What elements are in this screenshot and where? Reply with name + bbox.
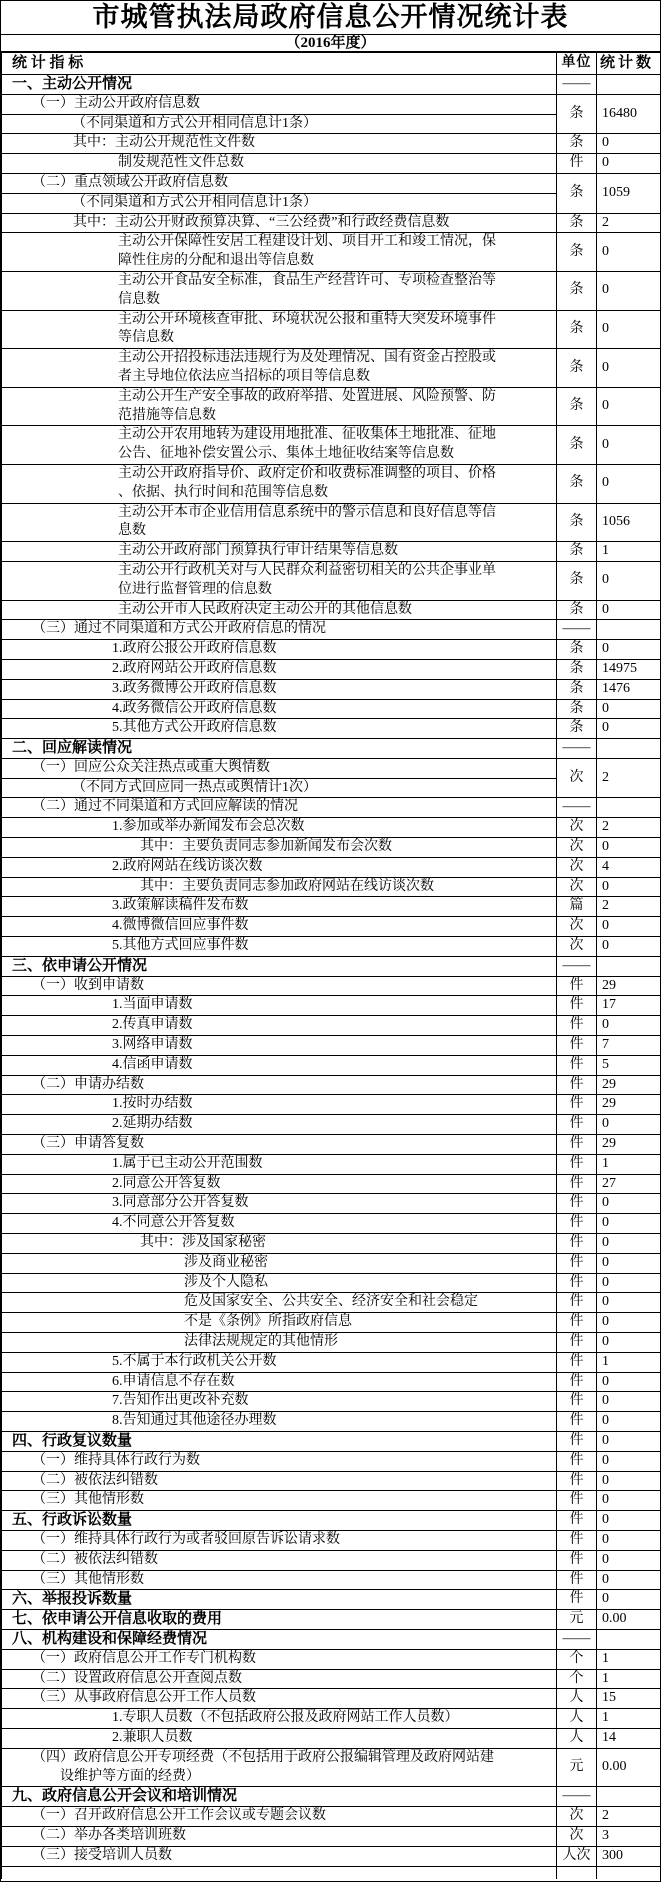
unit-cell: 条: [557, 426, 597, 465]
unit-cell: 件: [557, 1471, 597, 1491]
indicator-cell: 七、依申请公开信息收取的费用: [2, 1610, 557, 1630]
value-cell: 0: [597, 1451, 661, 1471]
indicator-cell: 主动公开本市企业信用信息系统中的警示信息和良好信息等信 息数: [2, 503, 557, 542]
unit-cell: 次: [557, 937, 597, 957]
indicator-note-cell: （不同方式回应同一热点或舆情计1次）: [2, 778, 557, 798]
indicator-cell: （一）收到申请数: [2, 976, 557, 996]
unit-cell: 人: [557, 1689, 597, 1709]
indicator-cell: （三）其他情形数: [2, 1491, 557, 1511]
indicator-cell: 一、主动公开情况: [2, 75, 557, 95]
table-row: 其中：涉及国家秘密件0: [2, 1234, 661, 1254]
table-row: 二、回应解读情况——: [2, 739, 661, 759]
indicator-cell: 不是《条例》所指政府信息: [2, 1313, 557, 1333]
table-row: 八、机构建设和保障经费情况——: [2, 1629, 661, 1649]
unit-cell: 条: [557, 561, 597, 600]
unit-cell: 次: [557, 838, 597, 858]
value-cell: 2: [597, 1807, 661, 1827]
unit-cell: ——: [557, 1629, 597, 1649]
value-cell: 0: [597, 464, 661, 503]
value-cell: 0.00: [597, 1748, 661, 1787]
value-cell: 4: [597, 857, 661, 877]
unit-cell: 条: [557, 94, 597, 134]
unit-cell: ——: [557, 798, 597, 818]
indicator-cell: （一）维持具体行政行为数: [2, 1451, 557, 1471]
unit-cell: ——: [557, 739, 597, 759]
unit-cell: 条: [557, 679, 597, 699]
value-cell: 0: [597, 877, 661, 897]
indicator-cell: 5.其他方式回应事件数: [2, 937, 557, 957]
unit-cell: 条: [557, 503, 597, 542]
indicator-cell: （二）被依法纠错数: [2, 1550, 557, 1570]
table-row: （一）维持具体行政行为数件0: [2, 1451, 661, 1471]
value-cell: 16480: [597, 94, 661, 134]
unit-cell: ——: [557, 75, 597, 95]
report-period: （2016年度）: [1, 35, 660, 52]
indicator-cell: （四）政府信息公开专项经费（不包括用于政府公报编辑管理及政府网站建 设维护等方面…: [2, 1748, 557, 1787]
value-cell: 29: [597, 1135, 661, 1155]
value-cell: 0: [597, 1590, 661, 1610]
unit-cell: 件: [557, 1174, 597, 1194]
value-cell: 0: [597, 1412, 661, 1432]
table-row: 2.同意公开答复数件27: [2, 1174, 661, 1194]
indicator-cell: 三、依申请公开情况: [2, 956, 557, 976]
value-cell: [597, 1629, 661, 1649]
value-cell: 0: [597, 917, 661, 937]
table-row: （三）通过不同渠道和方式公开政府信息的情况——: [2, 620, 661, 640]
unit-cell: 件: [557, 1550, 597, 1570]
unit-cell: 条: [557, 387, 597, 426]
value-cell: [597, 75, 661, 95]
value-cell: 3: [597, 1826, 661, 1846]
indicator-cell: 5.其他方式公开政府信息数: [2, 719, 557, 739]
table-row: 四、行政复议数量件0: [2, 1431, 661, 1451]
value-cell: 0: [597, 349, 661, 388]
table-row: 法律法规规定的其他情形件0: [2, 1333, 661, 1353]
table-row: 2.传真申请数件0: [2, 1016, 661, 1036]
unit-cell: 件: [557, 1253, 597, 1273]
value-cell: 0: [597, 134, 661, 154]
value-cell: 14: [597, 1728, 661, 1748]
column-header-indicator: 统 计 指 标: [2, 53, 557, 75]
indicator-cell: （一）回应公众关注热点或重大舆情数: [2, 758, 557, 778]
unit-cell: 条: [557, 699, 597, 719]
indicator-cell: 其中：涉及国家秘密: [2, 1234, 557, 1254]
unit-cell: 件: [557, 1075, 597, 1095]
unit-cell: 件: [557, 1214, 597, 1234]
value-cell: 29: [597, 976, 661, 996]
unit-cell: 人: [557, 1709, 597, 1729]
table-row: （二）举办各类培训班数次3: [2, 1826, 661, 1846]
indicator-cell: 主动公开生产安全事故的政府举措、处置进展、风险预警、防 范措施等信息数: [2, 387, 557, 426]
indicator-cell: 其中：主要负责同志参加新闻发布会次数: [2, 838, 557, 858]
unit-cell: 条: [557, 464, 597, 503]
indicator-cell: （三）其他情形数: [2, 1570, 557, 1590]
table-row: 其中：主要负责同志参加新闻发布会次数次0: [2, 838, 661, 858]
value-cell: 0: [597, 1570, 661, 1590]
table-row: 主动公开行政机关对与人民群众利益密切相关的公共企事业单 位进行监督管理的信息数条…: [2, 561, 661, 600]
table-row: 5.其他方式回应事件数次0: [2, 937, 661, 957]
indicator-cell: （二）申请办结数: [2, 1075, 557, 1095]
unit-cell: 条: [557, 542, 597, 562]
table-row: 主动公开食品安全标准，食品生产经营许可、专项检查整治等 信息数条0: [2, 271, 661, 310]
value-cell: 0: [597, 1431, 661, 1451]
table-row: 1.专职人员数（不包括政府公报及政府网站工作人员数）人1: [2, 1709, 661, 1729]
value-cell: 0: [597, 1392, 661, 1412]
value-cell: 0: [597, 1234, 661, 1254]
unit-cell: 条: [557, 134, 597, 154]
table-row: 七、依申请公开信息收取的费用元0.00: [2, 1610, 661, 1630]
value-cell: 1: [597, 1352, 661, 1372]
indicator-cell: 主动公开市人民政府决定主动公开的其他信息数: [2, 600, 557, 620]
table-row: 其中：主动公开财政预算决算、“三公经费”和行政经费信息数条2: [2, 213, 661, 233]
indicator-cell: 其中：主要负责同志参加政府网站在线访谈次数: [2, 877, 557, 897]
indicator-cell: 主动公开政府部门预算执行审计结果等信息数: [2, 542, 557, 562]
table-row: 主动公开政府部门预算执行审计结果等信息数条1: [2, 542, 661, 562]
value-cell: 5: [597, 1055, 661, 1075]
indicator-cell: （三）申请答复数: [2, 1135, 557, 1155]
value-cell: 14975: [597, 659, 661, 679]
value-cell: 0: [597, 1214, 661, 1234]
indicator-cell: 法律法规规定的其他情形: [2, 1333, 557, 1353]
value-cell: 1476: [597, 679, 661, 699]
table-row: （二）被依法纠错数件0: [2, 1550, 661, 1570]
value-cell: 0: [597, 1530, 661, 1550]
table-body: 一、主动公开情况——（一）主动公开政府信息数条16480（不同渠道和方式公开相同…: [2, 75, 661, 1879]
indicator-cell: 主动公开行政机关对与人民群众利益密切相关的公共企事业单 位进行监督管理的信息数: [2, 561, 557, 600]
value-cell: 0: [597, 1471, 661, 1491]
value-cell: 1059: [597, 173, 661, 213]
cutoff-cell: [597, 1866, 661, 1879]
table-row: （二）被依法纠错数件0: [2, 1471, 661, 1491]
unit-cell: 条: [557, 349, 597, 388]
table-row: （二）设置政府信息公开查阅点数个1: [2, 1669, 661, 1689]
value-cell: 0: [597, 838, 661, 858]
unit-cell: 件: [557, 1451, 597, 1471]
table-row: 4.微博微信回应事件数次0: [2, 917, 661, 937]
unit-cell: 次: [557, 877, 597, 897]
value-cell: 0: [597, 1550, 661, 1570]
indicator-cell: 主动公开食品安全标准，食品生产经营许可、专项检查整治等 信息数: [2, 271, 557, 310]
column-header-unit: 单位: [557, 53, 597, 75]
table-row: 五、行政诉讼数量件0: [2, 1511, 661, 1531]
indicator-cell: （三）通过不同渠道和方式公开政府信息的情况: [2, 620, 557, 640]
value-cell: 17: [597, 996, 661, 1016]
table-row: 4.信函申请数件5: [2, 1055, 661, 1075]
unit-cell: 件: [557, 1154, 597, 1174]
table-row: 主动公开农用地转为建设用地批准、征收集体土地批准、征地 公告、征地补偿安置公示、…: [2, 426, 661, 465]
unit-cell: ——: [557, 620, 597, 640]
value-cell: 1: [597, 1669, 661, 1689]
table-row: 2.兼职人员数人14: [2, 1728, 661, 1748]
unit-cell: 件: [557, 1352, 597, 1372]
unit-cell: 件: [557, 1135, 597, 1155]
unit-cell: 条: [557, 271, 597, 310]
value-cell: [597, 1787, 661, 1807]
indicator-cell: 4.信函申请数: [2, 1055, 557, 1075]
unit-cell: 条: [557, 173, 597, 213]
value-cell: 0: [597, 561, 661, 600]
table-row: 其中：主要负责同志参加政府网站在线访谈次数次0: [2, 877, 661, 897]
table-row: （一）政府信息公开工作专门机构数个1: [2, 1649, 661, 1669]
table-row: 5.其他方式公开政府信息数条0: [2, 719, 661, 739]
table-row: 涉及个人隐私件0: [2, 1273, 661, 1293]
table-row: 一、主动公开情况——: [2, 75, 661, 95]
table-row: （二）申请办结数件29: [2, 1075, 661, 1095]
table-row: 6.申请信息不存在数件0: [2, 1372, 661, 1392]
indicator-cell: （二）举办各类培训班数: [2, 1826, 557, 1846]
indicator-cell: 涉及个人隐私: [2, 1273, 557, 1293]
indicator-note-cell: （不同渠道和方式公开相同信息计1条）: [2, 114, 557, 134]
table-row: （二）重点领域公开政府信息数条1059: [2, 173, 661, 193]
indicator-cell: 其中：主动公开财政预算决算、“三公经费”和行政经费信息数: [2, 213, 557, 233]
unit-cell: 条: [557, 310, 597, 349]
value-cell: 0: [597, 233, 661, 272]
indicator-cell: 主动公开保障性安居工程建设计划、项目开工和竣工情况，保 障性住房的分配和退出等信…: [2, 233, 557, 272]
table-row: 8.告知通过其他途径办理数件0: [2, 1412, 661, 1432]
indicator-cell: （三）接受培训人员数: [2, 1846, 557, 1866]
indicator-cell: （三）从事政府信息公开工作人员数: [2, 1689, 557, 1709]
indicator-cell: 六、举报投诉数量: [2, 1590, 557, 1610]
value-cell: 0: [597, 1273, 661, 1293]
table-row: （三）其他情形数件0: [2, 1570, 661, 1590]
indicator-note-cell: （不同渠道和方式公开相同信息计1条）: [2, 193, 557, 213]
indicator-cell: 5.不属于本行政机关公开数: [2, 1352, 557, 1372]
table-row: 1.参加或举办新闻发布会总次数次2: [2, 818, 661, 838]
unit-cell: 件: [557, 1412, 597, 1432]
indicator-cell: 危及国家安全、公共安全、经济安全和社会稳定: [2, 1293, 557, 1313]
table-row: 4.不同意公开答复数件0: [2, 1214, 661, 1234]
indicator-cell: 其中：主动公开规范性文件数: [2, 134, 557, 154]
value-cell: 0: [597, 1313, 661, 1333]
indicator-cell: 九、政府信息公开会议和培训情况: [2, 1787, 557, 1807]
indicator-cell: 1.当面申请数: [2, 996, 557, 1016]
indicator-cell: 二、回应解读情况: [2, 739, 557, 759]
indicator-cell: 6.申请信息不存在数: [2, 1372, 557, 1392]
indicator-cell: 2.延期办结数: [2, 1115, 557, 1135]
indicator-cell: 主动公开招投标违法违规行为及处理情况、国有资金占控股或 者主导地位依法应当招标的…: [2, 349, 557, 388]
unit-cell: 次: [557, 818, 597, 838]
unit-cell: 件: [557, 1333, 597, 1353]
table-row: （三）其他情形数件0: [2, 1491, 661, 1511]
table-row: 2.延期办结数件0: [2, 1115, 661, 1135]
unit-cell: 条: [557, 233, 597, 272]
cutoff-row: [2, 1866, 661, 1879]
value-cell: 1: [597, 1154, 661, 1174]
unit-cell: 件: [557, 1194, 597, 1214]
unit-cell: 个: [557, 1669, 597, 1689]
unit-cell: ——: [557, 1787, 597, 1807]
value-cell: 1: [597, 542, 661, 562]
unit-cell: 件: [557, 1372, 597, 1392]
table-row: （四）政府信息公开专项经费（不包括用于政府公报编辑管理及政府网站建 设维护等方面…: [2, 1748, 661, 1787]
value-cell: 1056: [597, 503, 661, 542]
indicator-cell: 1.专职人员数（不包括政府公报及政府网站工作人员数）: [2, 1709, 557, 1729]
indicator-cell: 4.政务微信公开政府信息数: [2, 699, 557, 719]
unit-cell: 件: [557, 1055, 597, 1075]
table-row: 三、依申请公开情况——: [2, 956, 661, 976]
table-row: 主动公开保障性安居工程建设计划、项目开工和竣工情况，保 障性住房的分配和退出等信…: [2, 233, 661, 272]
indicator-cell: 7.告知作出更改补充数: [2, 1392, 557, 1412]
unit-cell: 人: [557, 1728, 597, 1748]
value-cell: 0: [597, 310, 661, 349]
table-row: 涉及商业秘密件0: [2, 1253, 661, 1273]
unit-cell: 件: [557, 1491, 597, 1511]
value-cell: 2: [597, 818, 661, 838]
value-cell: 0: [597, 426, 661, 465]
table-row: 3.同意部分公开答复数件0: [2, 1194, 661, 1214]
value-cell: 0: [597, 600, 661, 620]
unit-cell: 次: [557, 917, 597, 937]
table-row: 主动公开本市企业信用信息系统中的警示信息和良好信息等信 息数条1056: [2, 503, 661, 542]
table-row: （一）召开政府信息公开工作会议或专题会议数次2: [2, 1807, 661, 1827]
value-cell: 15: [597, 1689, 661, 1709]
unit-cell: 元: [557, 1610, 597, 1630]
indicator-cell: （二）重点领域公开政府信息数: [2, 173, 557, 193]
value-cell: [597, 798, 661, 818]
unit-cell: 条: [557, 600, 597, 620]
unit-cell: 次: [557, 1807, 597, 1827]
indicator-cell: 八、机构建设和保障经费情况: [2, 1629, 557, 1649]
value-cell: 0: [597, 1511, 661, 1531]
table-row: 主动公开市人民政府决定主动公开的其他信息数条0: [2, 600, 661, 620]
unit-cell: 条: [557, 640, 597, 660]
indicator-cell: （一）维持具体行政行为或者驳回原告诉讼请求数: [2, 1530, 557, 1550]
table-header-row: 统 计 指 标 单位 统计数: [2, 53, 661, 75]
unit-cell: 次: [557, 758, 597, 798]
indicator-cell: 涉及商业秘密: [2, 1253, 557, 1273]
value-cell: 0: [597, 640, 661, 660]
value-cell: 0: [597, 154, 661, 174]
table-row: （三）接受培训人员数人次300: [2, 1846, 661, 1866]
value-cell: 0: [597, 1016, 661, 1036]
cutoff-cell: [557, 1866, 597, 1879]
value-cell: 29: [597, 1075, 661, 1095]
page-title: 市城管执法局政府信息公开情况统计表: [1, 1, 660, 35]
unit-cell: 元: [557, 1748, 597, 1787]
unit-cell: 件: [557, 1431, 597, 1451]
unit-cell: 件: [557, 996, 597, 1016]
indicator-cell: 四、行政复议数量: [2, 1431, 557, 1451]
unit-cell: 件: [557, 1273, 597, 1293]
indicator-cell: （二）设置政府信息公开查阅点数: [2, 1669, 557, 1689]
unit-cell: 件: [557, 1016, 597, 1036]
indicator-cell: （二）通过不同渠道和方式回应解读的情况: [2, 798, 557, 818]
value-cell: 0: [597, 387, 661, 426]
table-row: （三）申请答复数件29: [2, 1135, 661, 1155]
indicator-cell: 2.同意公开答复数: [2, 1174, 557, 1194]
table-row: 7.告知作出更改补充数件0: [2, 1392, 661, 1412]
table-row: 1.政府公报公开政府信息数条0: [2, 640, 661, 660]
table-row: 3.政务微博公开政府信息数条1476: [2, 679, 661, 699]
indicator-cell: 主动公开政府指导价、政府定价和收费标准调整的项目、价格 、依据、执行时间和范围等…: [2, 464, 557, 503]
table-row: （三）从事政府信息公开工作人员数人15: [2, 1689, 661, 1709]
value-cell: 0: [597, 271, 661, 310]
unit-cell: 件: [557, 154, 597, 174]
indicator-cell: 2.兼职人员数: [2, 1728, 557, 1748]
indicator-cell: （一）政府信息公开工作专门机构数: [2, 1649, 557, 1669]
unit-cell: 人次: [557, 1846, 597, 1866]
unit-cell: 件: [557, 1313, 597, 1333]
unit-cell: 次: [557, 1826, 597, 1846]
value-cell: 7: [597, 1036, 661, 1056]
unit-cell: 次: [557, 857, 597, 877]
table-row: （一）回应公众关注热点或重大舆情数次2: [2, 758, 661, 778]
indicator-cell: 4.不同意公开答复数: [2, 1214, 557, 1234]
indicator-cell: 3.政策解读稿件发布数: [2, 897, 557, 917]
table-row: （一）收到申请数件29: [2, 976, 661, 996]
value-cell: 300: [597, 1846, 661, 1866]
unit-cell: 件: [557, 1392, 597, 1412]
indicator-cell: 4.微博微信回应事件数: [2, 917, 557, 937]
unit-cell: 个: [557, 1649, 597, 1669]
indicator-cell: 五、行政诉讼数量: [2, 1511, 557, 1531]
indicator-cell: 3.网络申请数: [2, 1036, 557, 1056]
indicator-cell: 主动公开环境核查审批、环境状况公报和重特大突发环境事件 等信息数: [2, 310, 557, 349]
value-cell: 1: [597, 1649, 661, 1669]
unit-cell: 篇: [557, 897, 597, 917]
statistics-report: 市城管执法局政府信息公开情况统计表 （2016年度） 统 计 指 标 单位 统计…: [0, 0, 661, 1882]
value-cell: [597, 620, 661, 640]
value-cell: 0.00: [597, 1610, 661, 1630]
value-cell: 0: [597, 1372, 661, 1392]
value-cell: 0: [597, 699, 661, 719]
value-cell: 0: [597, 937, 661, 957]
value-cell: [597, 739, 661, 759]
indicator-cell: （一）主动公开政府信息数: [2, 94, 557, 114]
table-row: （二）通过不同渠道和方式回应解读的情况——: [2, 798, 661, 818]
value-cell: 0: [597, 719, 661, 739]
indicator-cell: 3.同意部分公开答复数: [2, 1194, 557, 1214]
indicator-cell: 2.政府网站公开政府信息数: [2, 659, 557, 679]
value-cell: 2: [597, 213, 661, 233]
unit-cell: ——: [557, 956, 597, 976]
value-cell: 1: [597, 1709, 661, 1729]
unit-cell: 件: [557, 1293, 597, 1313]
unit-cell: 件: [557, 1036, 597, 1056]
table-row: 主动公开招投标违法违规行为及处理情况、国有资金占控股或 者主导地位依法应当招标的…: [2, 349, 661, 388]
table-row: 3.政策解读稿件发布数篇2: [2, 897, 661, 917]
table-row: 1.当面申请数件17: [2, 996, 661, 1016]
column-header-value: 统计数: [597, 53, 661, 75]
table-row: 危及国家安全、公共安全、经济安全和社会稳定件0: [2, 1293, 661, 1313]
unit-cell: 件: [557, 1570, 597, 1590]
value-cell: 0: [597, 1253, 661, 1273]
table-row: 3.网络申请数件7: [2, 1036, 661, 1056]
unit-cell: 条: [557, 213, 597, 233]
unit-cell: 件: [557, 1530, 597, 1550]
value-cell: 0: [597, 1333, 661, 1353]
statistics-table: 统 计 指 标 单位 统计数 一、主动公开情况——（一）主动公开政府信息数条16…: [1, 52, 661, 1879]
indicator-cell: 8.告知通过其他途径办理数: [2, 1412, 557, 1432]
indicator-cell: （二）被依法纠错数: [2, 1471, 557, 1491]
value-cell: [597, 956, 661, 976]
table-row: 2.政府网站公开政府信息数条14975: [2, 659, 661, 679]
table-row: 制发规范性文件总数件0: [2, 154, 661, 174]
table-row: 主动公开生产安全事故的政府举措、处置进展、风险预警、防 范措施等信息数条0: [2, 387, 661, 426]
table-row: 2.政府网站在线访谈次数次4: [2, 857, 661, 877]
table-row: 九、政府信息公开会议和培训情况——: [2, 1787, 661, 1807]
cutoff-cell: [2, 1866, 557, 1879]
table-row: 主动公开环境核查审批、环境状况公报和重特大突发环境事件 等信息数条0: [2, 310, 661, 349]
unit-cell: 条: [557, 719, 597, 739]
indicator-cell: 1.政府公报公开政府信息数: [2, 640, 557, 660]
indicator-cell: 主动公开农用地转为建设用地批准、征收集体土地批准、征地 公告、征地补偿安置公示、…: [2, 426, 557, 465]
indicator-cell: 1.参加或举办新闻发布会总次数: [2, 818, 557, 838]
unit-cell: 件: [557, 1095, 597, 1115]
value-cell: 0: [597, 1293, 661, 1313]
value-cell: 0: [597, 1491, 661, 1511]
unit-cell: 件: [557, 1115, 597, 1135]
